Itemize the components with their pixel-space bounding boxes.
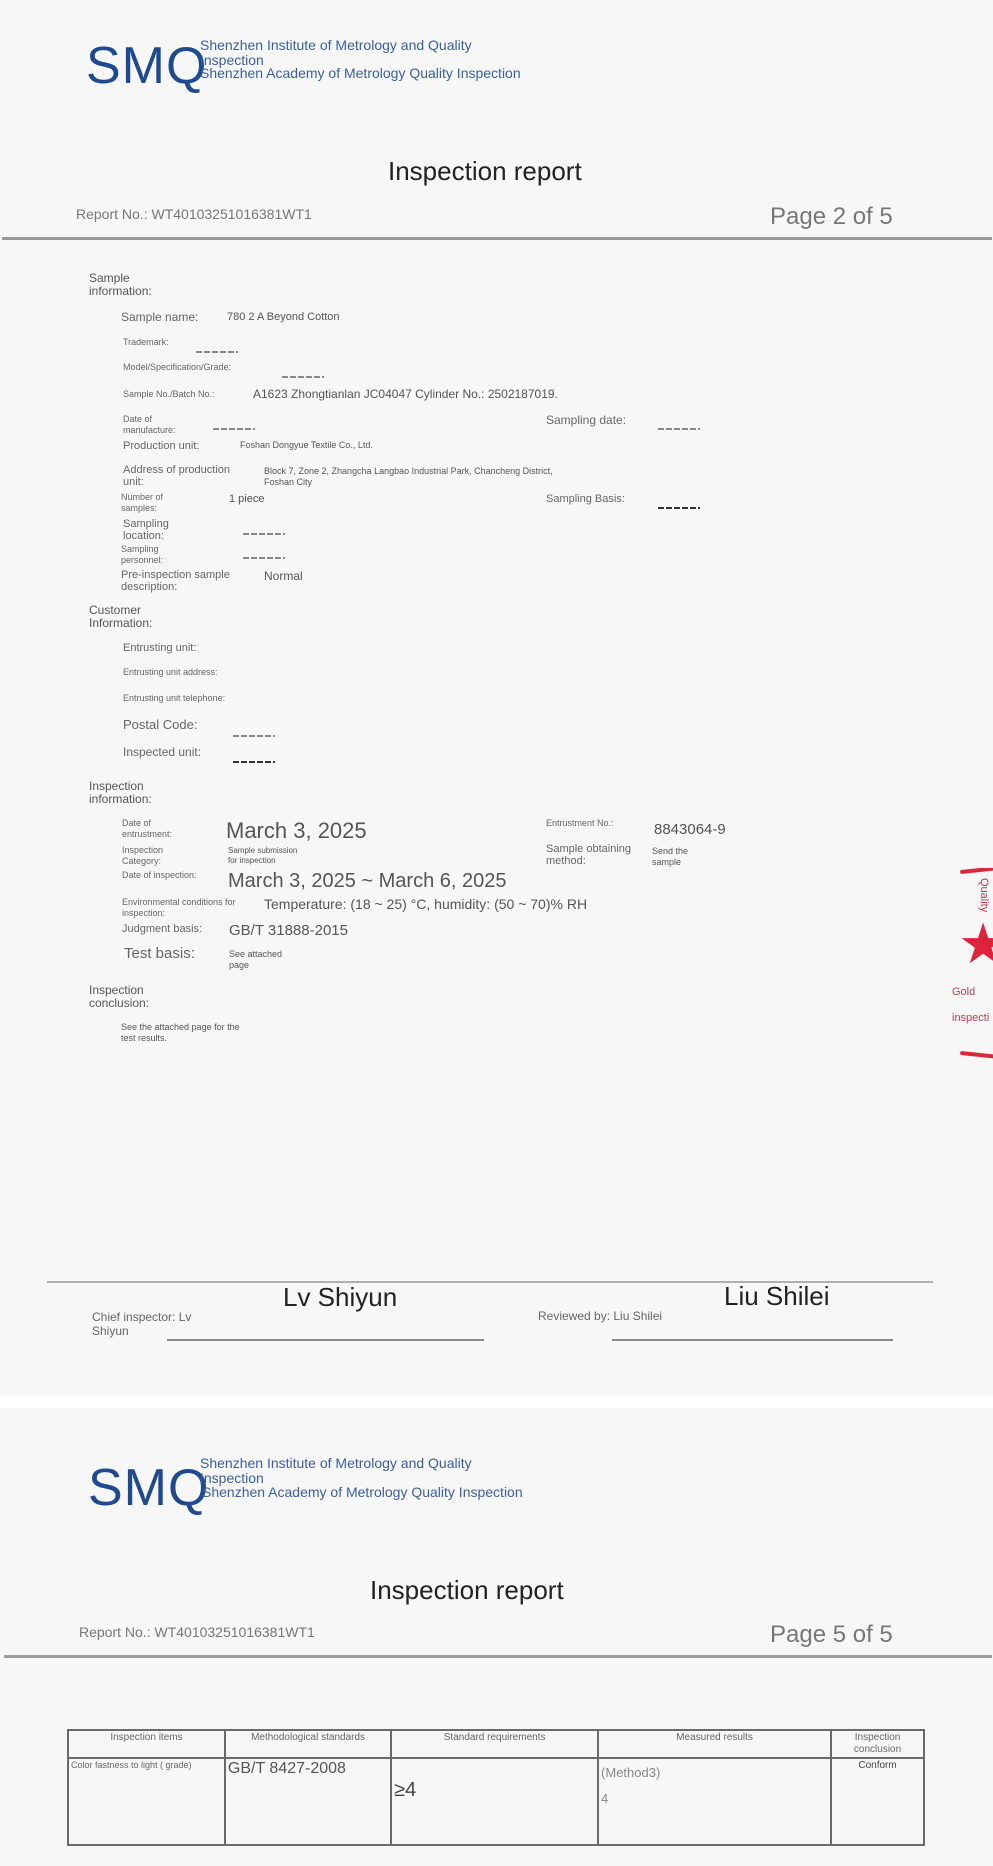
sampling-basis-value xyxy=(658,507,700,509)
report-page-2: SMQ Shenzhen Institute of Metrology and … xyxy=(0,0,993,1395)
cell-conclusion: Conform xyxy=(831,1758,924,1845)
header-method-standards: Methodological standards xyxy=(225,1730,391,1758)
entrusting-phone-label: Entrusting unit telephone: xyxy=(123,693,225,704)
reviewer-signature: Liu Shilei xyxy=(724,1281,830,1312)
production-unit-value: Foshan Dongyue Textile Co., Ltd. xyxy=(240,440,373,451)
postal-code-value xyxy=(233,735,275,737)
header-inspection-conclusion: Inspection conclusion xyxy=(831,1730,924,1758)
obtain-method-label: Sample obtaining method: xyxy=(546,843,646,867)
sample-info-heading: Sample information: xyxy=(89,272,169,298)
header-divider xyxy=(4,1655,992,1658)
manufacture-date-value xyxy=(213,428,255,430)
trademark-value xyxy=(196,351,238,353)
smq-logo: SMQ xyxy=(88,1458,209,1518)
judgment-basis-label: Judgment basis: xyxy=(122,923,202,935)
cell-method: GB/T 8427-2008 xyxy=(225,1758,391,1845)
seal-text-top: Quality xyxy=(978,878,990,912)
model-value xyxy=(282,376,324,378)
entrusting-unit-label: Entrusting unit: xyxy=(123,642,196,654)
chief-inspector-label: Chief inspector: Lv Shiyun xyxy=(92,1310,207,1338)
manufacture-date-label: Date of manufacture: xyxy=(123,414,183,436)
cell-measured: (Method3) 4 xyxy=(598,1758,831,1845)
entrust-no-value: 8843064-9 xyxy=(654,821,726,838)
header-divider xyxy=(2,237,992,240)
sampling-date-label: Sampling date: xyxy=(546,414,626,426)
inspected-unit-label: Inspected unit: xyxy=(123,746,201,758)
entrust-date-value: March 3, 2025 xyxy=(226,818,367,844)
trademark-label: Trademark: xyxy=(123,337,173,348)
org-name-line1: Shenzhen Institute of Metrology and Qual… xyxy=(200,38,500,68)
page-number: Page 2 of 5 xyxy=(770,203,893,231)
header-standard-requirements: Standard requirements xyxy=(391,1730,598,1758)
header-inspection-items: Inspection items xyxy=(68,1730,225,1758)
sample-name-value: 780 2 A Beyond Cotton xyxy=(227,311,340,323)
conclusion-heading: Inspection conclusion: xyxy=(89,984,169,1010)
report-number: Report No.: WT40103251016381WT1 xyxy=(76,206,312,222)
env-conditions-value: Temperature: (18 ~ 25) °C, humidity: (50… xyxy=(264,896,587,912)
measured-method-note: (Method3) xyxy=(601,1760,828,1786)
reviewer-label: Reviewed by: Liu Shilei xyxy=(538,1310,662,1322)
official-seal: Quality ★ Gold inspecti xyxy=(950,868,993,1068)
sampling-personnel-label: Sampling personnel: xyxy=(121,544,181,566)
category-label: Inspection Category: xyxy=(122,845,182,867)
pre-inspection-value: Normal xyxy=(264,569,303,583)
chief-signature-line xyxy=(167,1339,484,1341)
header-measured-results: Measured results xyxy=(598,1730,831,1758)
report-title: Inspection report xyxy=(388,156,582,187)
reviewer-signature-line xyxy=(612,1339,893,1341)
seal-text-mid: Gold xyxy=(952,986,975,998)
sample-no-label: Sample No./Batch No.: xyxy=(123,389,215,400)
cell-item: Color fastness to light ( grade) xyxy=(68,1758,225,1845)
sampling-basis-label: Sampling Basis: xyxy=(546,493,625,505)
entrusting-address-label: Entrusting unit address: xyxy=(123,667,218,678)
conclusion-text: See the attached page for the test resul… xyxy=(121,1022,256,1044)
category-value: Sample submission for inspection xyxy=(228,846,308,866)
org-name-line2: Shenzhen Academy of Metrology Quality In… xyxy=(200,66,521,81)
report-title: Inspection report xyxy=(370,1575,564,1606)
pre-inspection-label: Pre-inspection sample description: xyxy=(121,569,246,593)
num-samples-value: 1 piece xyxy=(229,493,264,505)
production-address-label: Address of production unit: xyxy=(123,464,233,488)
sampling-date-value xyxy=(658,428,700,430)
sampling-location-label: Sampling location: xyxy=(123,518,183,542)
test-basis-value: See attached page xyxy=(229,949,299,971)
report-number: Report No.: WT40103251016381WT1 xyxy=(79,1624,315,1640)
seal-ring-top xyxy=(960,868,993,874)
inspection-date-label: Date of inspection: xyxy=(122,870,197,881)
page-number: Page 5 of 5 xyxy=(770,1621,893,1649)
production-unit-label: Production unit: xyxy=(123,440,199,452)
table-row: Color fastness to light ( grade) GB/T 84… xyxy=(68,1758,924,1845)
model-label: Model/Specification/Grade: xyxy=(123,362,231,373)
sample-name-label: Sample name: xyxy=(121,311,198,323)
chief-signature: Lv Shiyun xyxy=(283,1282,397,1313)
num-samples-label: Number of samples: xyxy=(121,492,201,514)
results-table: Inspection items Methodological standard… xyxy=(67,1729,925,1846)
sampling-location-value xyxy=(243,533,285,535)
seal-ring-bottom xyxy=(960,1051,993,1059)
sampling-personnel-value xyxy=(243,557,285,559)
obtain-method-value: Send the sample xyxy=(652,846,712,868)
inspection-date-value: March 3, 2025 ~ March 6, 2025 xyxy=(228,870,507,893)
seal-text-bottom: inspecti xyxy=(952,1012,989,1024)
inspected-unit-value xyxy=(233,761,275,763)
env-conditions-label: Environmental conditions for inspection: xyxy=(122,897,242,919)
judgment-basis-value: GB/T 31888-2015 xyxy=(229,922,348,939)
production-address-value: Block 7, Zone 2, Zhangcha Langbao Indust… xyxy=(264,466,584,488)
measured-value: 4 xyxy=(601,1786,828,1812)
org-name-line1: Shenzhen Institute of Metrology and Qual… xyxy=(200,1456,500,1486)
test-basis-label: Test basis: xyxy=(124,948,195,960)
sample-no-value: A1623 Zhongtianlan JC04047 Cylinder No.:… xyxy=(253,387,558,401)
report-page-5: SMQ Shenzhen Institute of Metrology and … xyxy=(0,1408,993,1866)
entrust-date-label: Date of entrustment: xyxy=(122,818,182,840)
smq-logo: SMQ xyxy=(86,36,207,96)
inspection-info-heading: Inspection information: xyxy=(89,780,169,806)
entrust-no-label: Entrustment No.: xyxy=(546,818,614,829)
org-name-line2: Shenzhen Academy of Metrology Quality In… xyxy=(202,1485,523,1500)
postal-code-label: Postal Code: xyxy=(123,719,197,731)
customer-info-heading: Customer Information: xyxy=(89,604,169,630)
red-star-icon: ★ xyxy=(958,916,993,972)
cell-requirement: ≥4 xyxy=(391,1758,598,1845)
